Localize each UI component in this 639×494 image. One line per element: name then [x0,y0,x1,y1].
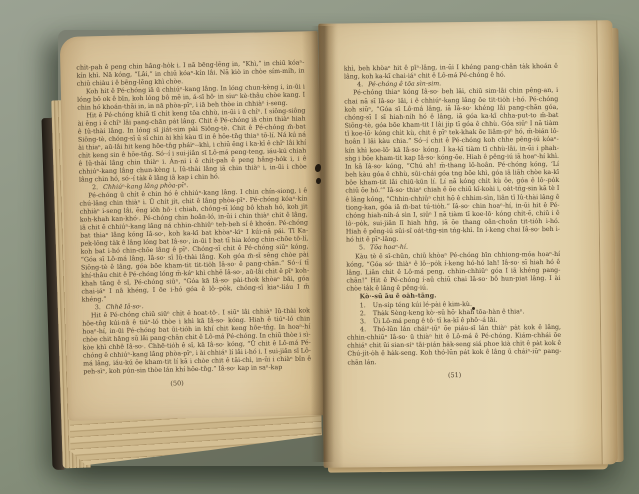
section-title: Tōa hoaⁿ-hí. [367,244,408,251]
right-page: khì, beh khòaⁿ hit ê pīⁿ-lâng, in-ūi I k… [318,20,617,468]
gutter-shadow [311,26,335,462]
activity-item: 4.Thó-lūn lán cháiⁿ-iūⁿ ōe piáu-sī lán t… [347,324,561,367]
left-page-text: chi̍t-pah ê peng chin hâng-ho̍k i. I nā … [76,59,311,389]
activity-text: Ūi Lô-má peng ê tô· tī ka-kī ê phō·-á lā… [373,316,498,325]
activity-number: 2. [360,310,373,317]
book-photo: chi̍t-pah ê peng chin hâng-ho̍k i. I nā … [0,0,639,494]
paragraph: Hit ê Pé-chóng chiū siūⁿ chi̍t ê hoat-tō… [82,307,311,376]
paragraph: Kàu tè ê sî-chūn, chiū khòaⁿ Pé-chóng bī… [346,250,560,293]
page-number-left: (50) [84,377,271,389]
activity-number: 3. [360,318,373,325]
activity-number: 4. [360,326,373,333]
activity-text: Tha̍k Sèng-keng kò·-sū hō· khah tōa-hàn … [373,308,525,317]
paragraph: Hit ê Pé-chóng khiā tī chi̍t keng tōa ch… [77,107,307,184]
section-title: Pé-chóng ê tōa sìn-sim. [365,81,441,89]
right-page-text: khì, beh khòaⁿ hit ê pīⁿ-lâng, in-ūi I k… [344,63,562,381]
activity-text: Thó-lūn lán cháiⁿ-iūⁿ ōe piáu-sī lán thi… [347,324,561,366]
left-page: chi̍t-pah ê peng chin hâng-ho̍k i. I nā … [60,31,327,421]
section-number: 5. [359,245,367,253]
section-number: 4. [357,82,365,90]
paragraph: Pé-chóng thiaⁿ kóng Iâ-so· beh lâi, chiū… [344,87,560,245]
ink-speck [472,307,475,310]
section-number: 2. [92,184,100,192]
page-number-right: (51) [348,370,562,381]
activity-text: Un-si̍p téng kúi lé-pài ê kim-kù. [373,300,472,308]
paragraph: Pé-chóng ū chi̍t ê chin hó ê chhiúⁿ-kang… [79,187,309,304]
section-title: Chhē Iâ-so·. [103,303,144,311]
section-number: 3. [95,304,103,312]
activity-number: 1. [360,302,373,309]
